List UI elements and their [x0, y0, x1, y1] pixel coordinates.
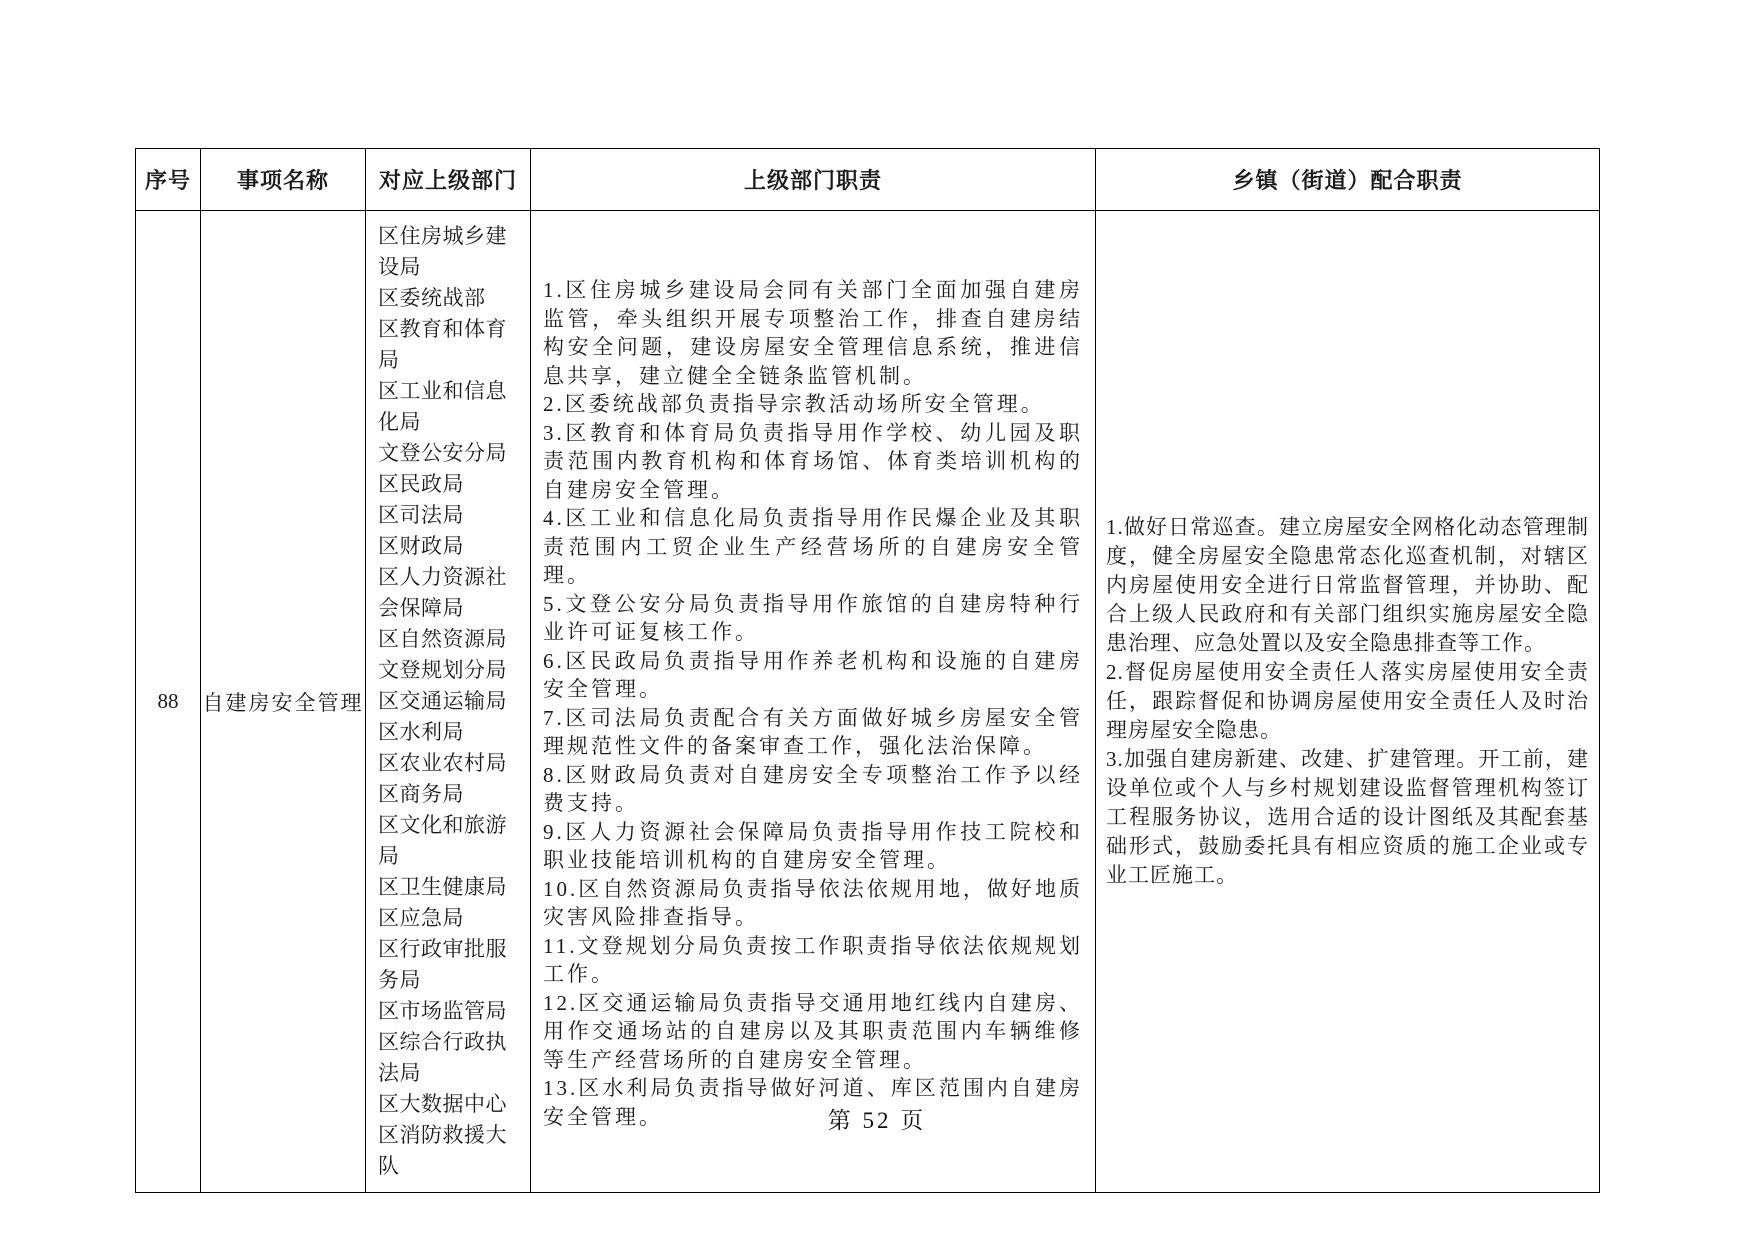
department-item: 区司法局: [378, 500, 528, 531]
superior-duty-item: 12.区交通运输局负责指导交通用地红线内自建房、用作交通场站的自建房以及其职责范…: [543, 989, 1083, 1075]
department-item: 区文化和旅游局: [378, 810, 528, 872]
township-duty-item: 3.加强自建房新建、改建、扩建管理。开工前，建设单位或个人与乡村规划建设监督管理…: [1106, 745, 1589, 890]
department-item: 区住房城乡建设局: [378, 221, 528, 283]
department-item: 区人力资源社会保障局: [378, 562, 528, 624]
superior-duty-item: 4.区工业和信息化局负责指导用作民爆企业及其职责范围内工贸企业生产经营场所的自建…: [543, 504, 1083, 590]
department-item: 区商务局: [378, 779, 528, 810]
cell-item-name: 自建房安全管理: [201, 211, 366, 1193]
department-item: 区行政审批服务局: [378, 934, 528, 996]
township-duty-list: 1.做好日常巡查。建立房屋安全网格化动态管理制度，健全房屋安全隐患常态化巡查机制…: [1106, 513, 1589, 890]
department-item: 区委统战部: [378, 283, 528, 314]
township-duty-item: 2.督促房屋使用安全责任人落实房屋使用安全责任，跟踪督促和协调房屋使用安全责任人…: [1106, 658, 1589, 745]
superior-duty-list: 1.区住房城乡建设局会同有关部门全面加强自建房监管，牵头组织开展专项整治工作，排…: [543, 276, 1083, 1131]
department-list: 区住房城乡建设局区委统战部区教育和体育局区工业和信息化局文登公安分局区民政局区司…: [378, 221, 528, 1182]
department-item: 区市场监管局: [378, 996, 528, 1027]
cell-superior-duties: 1.区住房城乡建设局会同有关部门全面加强自建房监管，牵头组织开展专项整治工作，排…: [531, 211, 1096, 1193]
header-superior-department: 对应上级部门: [366, 149, 531, 211]
cell-serial-number: 88: [136, 211, 201, 1193]
department-item: 区工业和信息化局: [378, 376, 528, 438]
department-item: 区卫生健康局: [378, 872, 528, 903]
township-duty-item: 1.做好日常巡查。建立房屋安全网格化动态管理制度，健全房屋安全隐患常态化巡查机制…: [1106, 513, 1589, 658]
department-item: 区民政局: [378, 469, 528, 500]
responsibility-table: 序号 事项名称 对应上级部门 上级部门职责 乡镇（街道）配合职责 88 自建房安…: [135, 148, 1600, 1193]
superior-duty-item: 5.文登公安分局负责指导用作旅馆的自建房特种行业许可证复核工作。: [543, 590, 1083, 647]
table-header-row: 序号 事项名称 对应上级部门 上级部门职责 乡镇（街道）配合职责: [136, 149, 1600, 211]
superior-duty-item: 6.区民政局负责指导用作养老机构和设施的自建房安全管理。: [543, 647, 1083, 704]
superior-duty-item: 2.区委统战部负责指导宗教活动场所安全管理。: [543, 390, 1083, 419]
cell-superior-departments: 区住房城乡建设局区委统战部区教育和体育局区工业和信息化局文登公安分局区民政局区司…: [366, 211, 531, 1193]
superior-duty-item: 8.区财政局负责对自建房安全专项整治工作予以经费支持。: [543, 761, 1083, 818]
department-item: 区教育和体育局: [378, 314, 528, 376]
department-item: 文登规划分局: [378, 655, 528, 686]
header-item-name: 事项名称: [201, 149, 366, 211]
department-item: 区农业农村局: [378, 748, 528, 779]
superior-duty-item: 10.区自然资源局负责指导依法依规用地，做好地质灾害风险排查指导。: [543, 875, 1083, 932]
department-item: 区应急局: [378, 903, 528, 934]
superior-duty-item: 11.文登规划分局负责按工作职责指导依法依规规划工作。: [543, 932, 1083, 989]
page-number: 第 52 页: [0, 1102, 1754, 1135]
superior-duty-item: 7.区司法局负责配合有关方面做好城乡房屋安全管理规范性文件的备案审查工作，强化法…: [543, 704, 1083, 761]
department-item: 文登公安分局: [378, 438, 528, 469]
superior-duty-item: 1.区住房城乡建设局会同有关部门全面加强自建房监管，牵头组织开展专项整治工作，排…: [543, 276, 1083, 390]
department-item: 区交通运输局: [378, 686, 528, 717]
header-township-duties: 乡镇（街道）配合职责: [1096, 149, 1600, 211]
cell-township-duties: 1.做好日常巡查。建立房屋安全网格化动态管理制度，健全房屋安全隐患常态化巡查机制…: [1096, 211, 1600, 1193]
header-serial-number: 序号: [136, 149, 201, 211]
department-item: 区综合行政执法局: [378, 1027, 528, 1089]
department-item: 区财政局: [378, 531, 528, 562]
department-item: 区自然资源局: [378, 624, 528, 655]
header-superior-duties: 上级部门职责: [531, 149, 1096, 211]
superior-duty-item: 9.区人力资源社会保障局负责指导用作技工院校和职业技能培训机构的自建房安全管理。: [543, 818, 1083, 875]
department-item: 区水利局: [378, 717, 528, 748]
table-row: 88 自建房安全管理 区住房城乡建设局区委统战部区教育和体育局区工业和信息化局文…: [136, 211, 1600, 1193]
superior-duty-item: 3.区教育和体育局负责指导用作学校、幼儿园及职责范围内教育机构和体育场馆、体育类…: [543, 419, 1083, 505]
